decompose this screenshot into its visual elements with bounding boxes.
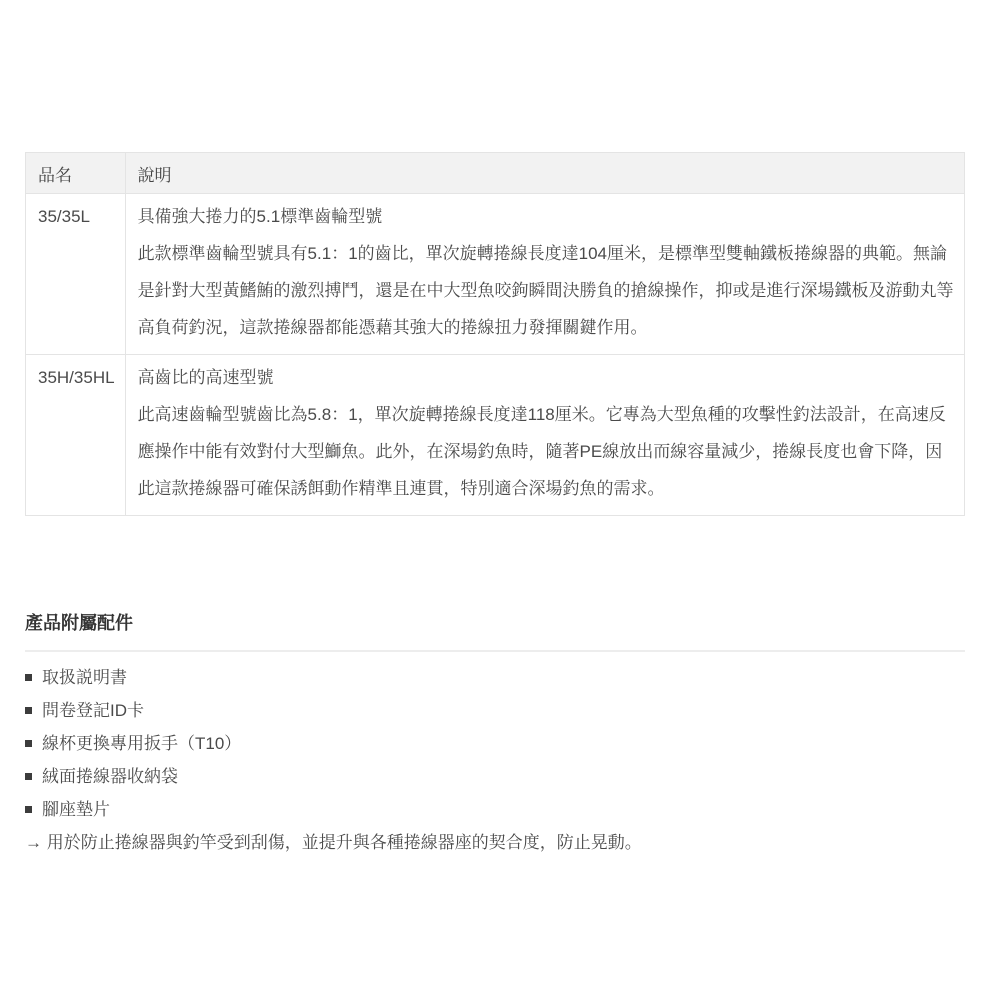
model-description-text: 此款標準齒輪型號具有5.1：1的齒比，單次旋轉捲線長度達104厘米，是標準型雙軸… [138, 235, 954, 346]
column-header-name: 品名 [26, 153, 126, 194]
list-item-label: 取扱説明書 [42, 668, 127, 687]
accessories-note: → 用於防止捲線器與釣竿受到刮傷，並提升與各種捲線器座的契合度，防止晃動。 [25, 826, 965, 859]
accessories-heading: 產品附屬配件 [25, 612, 965, 634]
model-description-title: 高齒比的高速型號 [138, 359, 954, 396]
model-description-text: 此高速齒輪型號齒比為5.8：1，單次旋轉捲線長度達118厘米。它專為大型魚種的攻… [138, 396, 954, 507]
accessories-list: 取扱説明書 問卷登記ID卡 線杯更換專用扳手（T10） 絨面捲線器收納袋 腳座墊… [25, 661, 965, 826]
column-header-description: 說明 [125, 153, 964, 194]
list-item: 線杯更換專用扳手（T10） [25, 727, 965, 760]
accessories-section: 產品附屬配件 取扱説明書 問卷登記ID卡 線杯更換專用扳手（T10） 絨面捲線器… [25, 612, 965, 859]
section-divider [25, 650, 965, 652]
list-item: 取扱説明書 [25, 661, 965, 694]
product-spec-table: 品名 說明 35/35L 具備強大捲力的5.1標準齒輪型號 此款標準齒輪型號具有… [25, 152, 965, 516]
square-bullet-icon [25, 707, 32, 714]
model-cell: 35/35L [26, 194, 126, 355]
table-row: 35/35L 具備強大捲力的5.1標準齒輪型號 此款標準齒輪型號具有5.1：1的… [26, 194, 965, 355]
description-cell: 高齒比的高速型號 此高速齒輪型號齒比為5.8：1，單次旋轉捲線長度達118厘米。… [125, 355, 964, 516]
model-cell: 35H/35HL [26, 355, 126, 516]
list-item: 腳座墊片 [25, 793, 965, 826]
list-item-label: 線杯更換專用扳手（T10） [42, 734, 241, 753]
list-item: 問卷登記ID卡 [25, 694, 965, 727]
model-description-title: 具備強大捲力的5.1標準齒輪型號 [138, 198, 954, 235]
square-bullet-icon [25, 674, 32, 681]
list-item: 絨面捲線器收納袋 [25, 760, 965, 793]
description-cell: 具備強大捲力的5.1標準齒輪型號 此款標準齒輪型號具有5.1：1的齒比，單次旋轉… [125, 194, 964, 355]
list-item-label: 問卷登記ID卡 [42, 701, 144, 720]
square-bullet-icon [25, 806, 32, 813]
list-item-label: 絨面捲線器收納袋 [42, 767, 178, 786]
table-row: 35H/35HL 高齒比的高速型號 此高速齒輪型號齒比為5.8：1，單次旋轉捲線… [26, 355, 965, 516]
square-bullet-icon [25, 740, 32, 747]
table-header-row: 品名 說明 [26, 153, 965, 194]
list-item-label: 腳座墊片 [42, 800, 110, 819]
square-bullet-icon [25, 773, 32, 780]
